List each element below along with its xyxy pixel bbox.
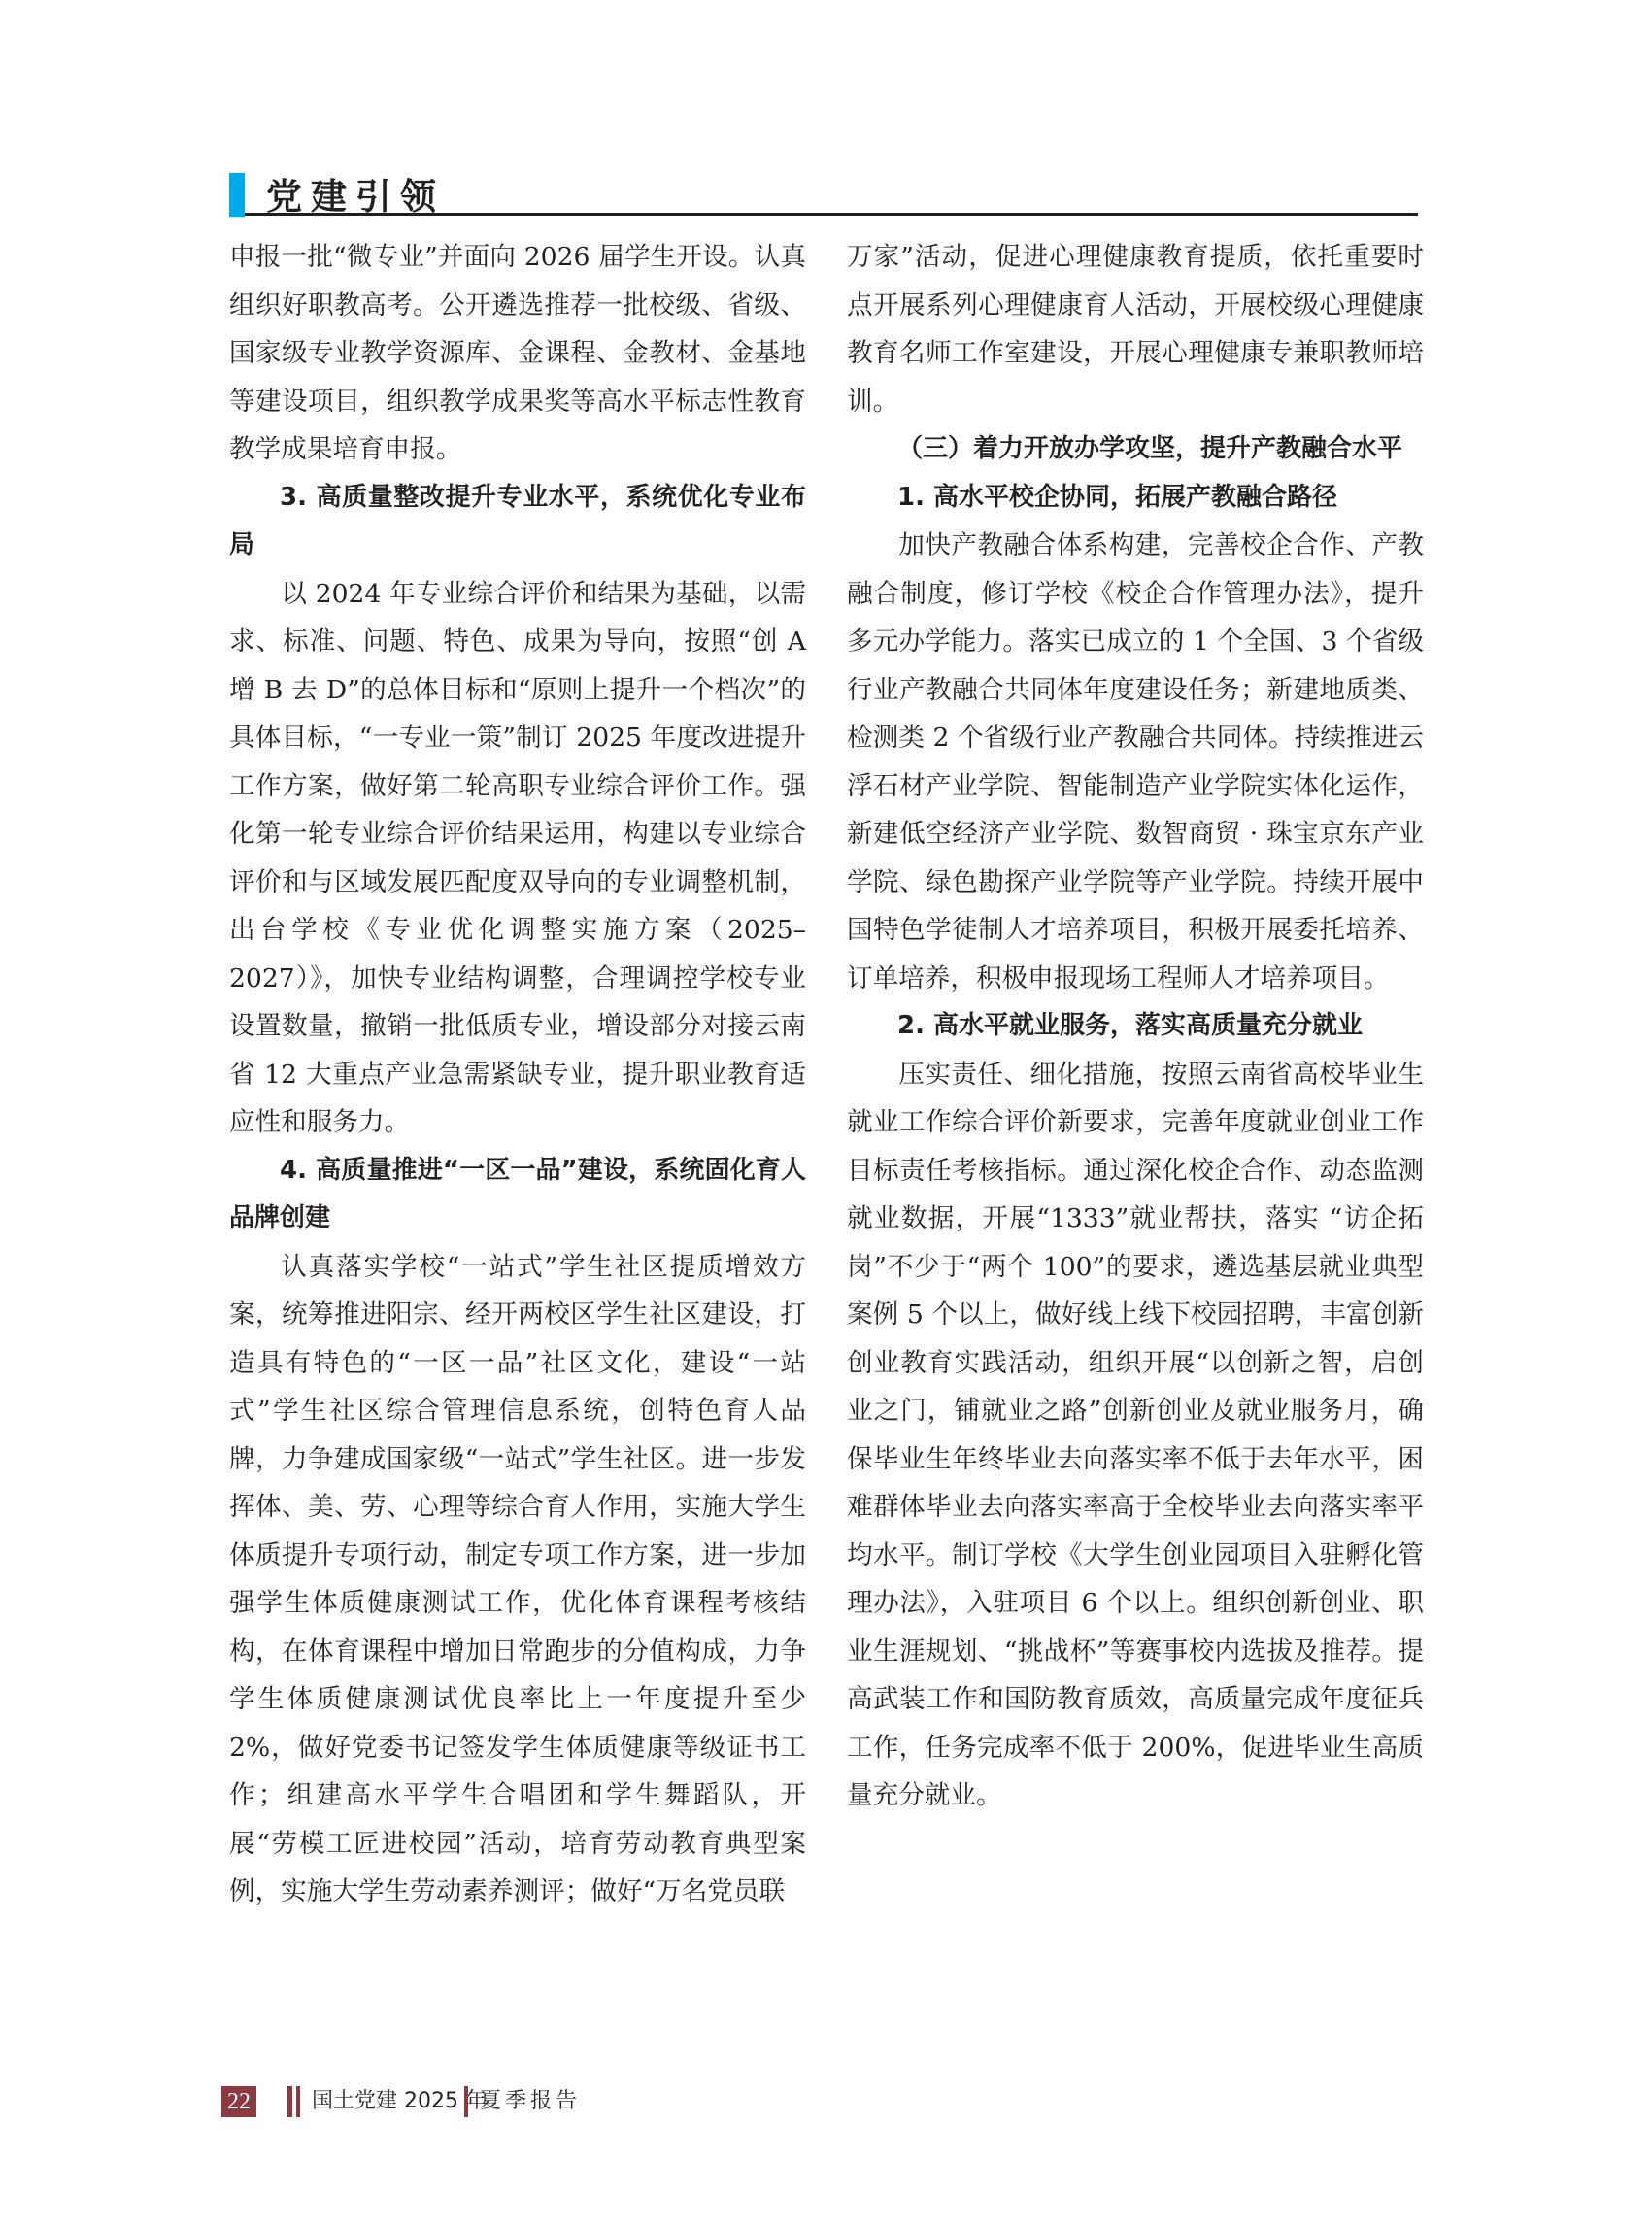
footer-divider-bar xyxy=(287,2086,292,2117)
publication-name: 国土党建 2025 年 xyxy=(312,2086,487,2117)
section-heading-3: （三）着力开放办学攻坚，提升产教融合水平 xyxy=(847,425,1424,474)
left-column: 申报一批“微专业”并面向 2026 届学生开设。认真组织好职教高考。公开遴选推荐… xyxy=(229,233,806,1916)
paragraph: 万家”活动，促进心理健康教育提质，依托重要时点开展系列心理健康育人活动，开展校级… xyxy=(847,233,1424,425)
paragraph: 以 2024 年专业综合评价和结果为基础，以需求、标准、问题、特色、成果为导向，… xyxy=(229,570,806,1147)
paragraph: 加快产教融合体系构建，完善校企合作、产教融合制度，修订学校《校企合作管理办法》，… xyxy=(847,522,1424,1002)
page-footer: 22 国土党建 2025 年 夏季报告 xyxy=(221,2086,804,2121)
paragraph: 认真落实学校“一站式”学生社区提质增效方案，统筹推进阳宗、经开两校区学生社区建设… xyxy=(229,1243,806,1916)
section-header: 党建引领 xyxy=(229,167,1418,216)
subheading-4: 4. 高质量推进“一区一品”建设，系统固化育人品牌创建 xyxy=(229,1147,806,1243)
paragraph: 压实责任、细化措施，按照云南省高校毕业生就业工作综合评价新要求，完善年度就业创业… xyxy=(847,1051,1424,1820)
footer-divider-bar xyxy=(296,2086,300,2117)
footer-divider-bar xyxy=(464,2086,468,2117)
paragraph: 申报一批“微专业”并面向 2026 届学生开设。认真组织好职教高考。公开遴选推荐… xyxy=(229,233,806,474)
issue-name: 夏季报告 xyxy=(480,2086,581,2117)
header-rule xyxy=(245,213,1418,216)
subheading-2: 2. 高水平就业服务，落实高质量充分就业 xyxy=(847,1002,1424,1051)
subheading-1: 1. 高水平校企协同，拓展产教融合路径 xyxy=(847,474,1424,523)
header-accent-bar xyxy=(229,173,245,217)
page-number: 22 xyxy=(221,2086,256,2117)
subheading-3: 3. 高质量整改提升专业水平，系统优化专业布局 xyxy=(229,474,806,570)
right-column: 万家”活动，促进心理健康教育提质，依托重要时点开展系列心理健康育人活动，开展校级… xyxy=(847,233,1424,1820)
section-title: 党建引领 xyxy=(266,167,445,219)
